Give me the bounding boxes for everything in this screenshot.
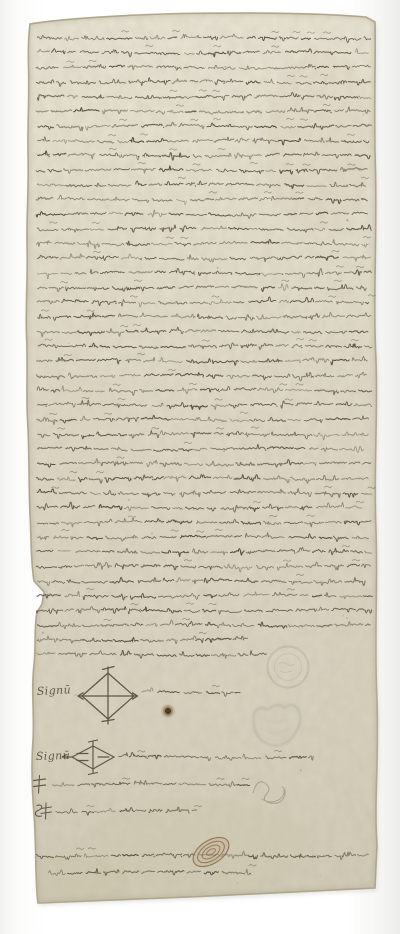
speckle <box>174 728 175 729</box>
speckle <box>100 220 101 221</box>
speckle <box>68 342 70 344</box>
speckle <box>44 577 45 578</box>
speckle <box>42 632 44 634</box>
speckle <box>363 114 365 116</box>
speckle <box>128 499 130 501</box>
speckle <box>300 769 302 771</box>
ink-spot-icon <box>165 708 171 714</box>
signum-label-1: Signū <box>36 683 71 698</box>
manuscript-photo: Signū Signū <box>0 0 400 934</box>
speckle <box>80 762 81 763</box>
speckle <box>75 694 77 696</box>
speckle <box>151 532 153 534</box>
parchment-sheet: Signū Signū <box>0 0 400 934</box>
speckle <box>217 266 219 268</box>
speckle <box>342 615 344 617</box>
speckle <box>319 199 321 201</box>
speckle <box>80 197 82 199</box>
speckle <box>320 875 321 876</box>
speckle <box>254 387 255 388</box>
speckle <box>346 617 348 619</box>
speckle <box>237 882 238 883</box>
speckle <box>260 673 261 674</box>
speckle <box>261 296 263 298</box>
speckle <box>346 219 348 221</box>
speckle <box>224 66 226 68</box>
speckle <box>223 450 225 452</box>
speckle <box>257 275 258 276</box>
handwriting-word-stroke <box>58 550 70 551</box>
speckle <box>291 435 293 437</box>
vertical-stroke <box>46 803 47 819</box>
